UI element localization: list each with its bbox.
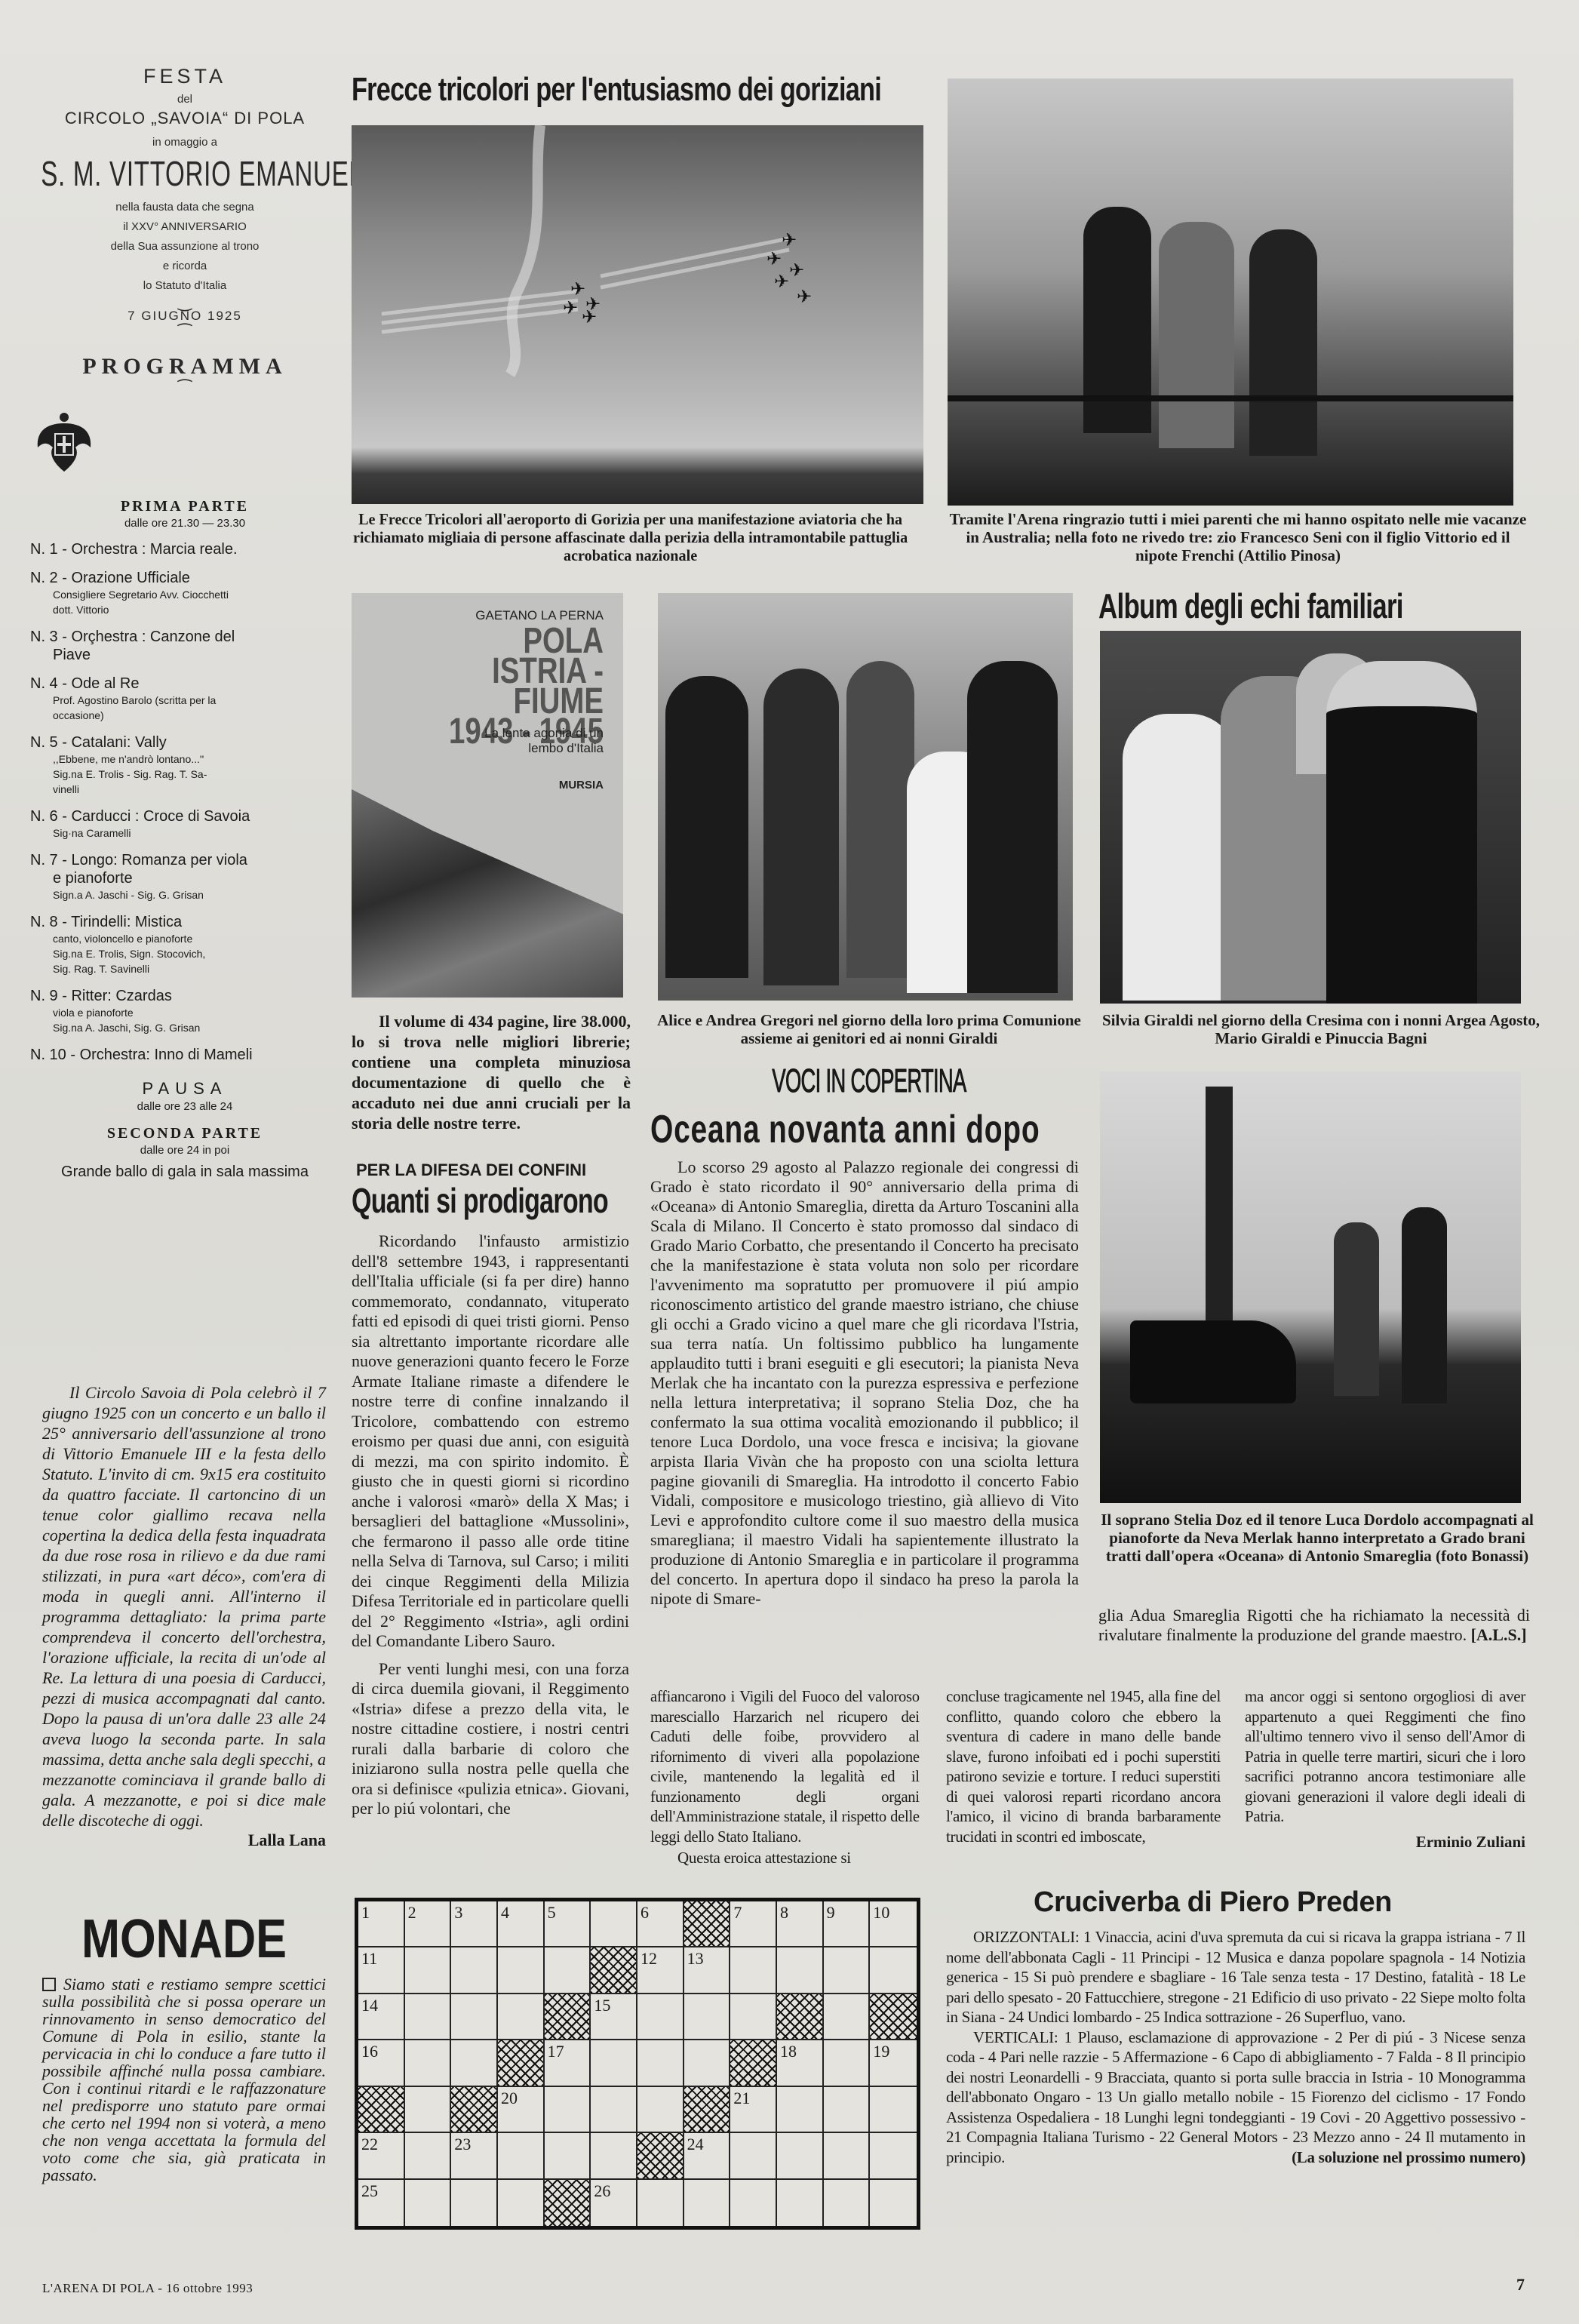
program-item-sub: canto, violoncello e pianoforte [30,931,339,946]
crossword-cell[interactable] [498,1947,545,1994]
crossword-cell[interactable] [730,2133,777,2179]
crossword-cell[interactable] [730,2180,777,2226]
crossword-cell[interactable]: 4 [498,1901,545,1947]
program-item-sub: Consigliere Segretario Avv. Ciocchetti [30,587,339,602]
oceana-headline: Oceana novanta anni dopo [650,1109,990,1150]
person-silhouette [1249,229,1317,456]
crossword-black-cell [358,2087,405,2133]
crossword-cell[interactable] [637,1994,684,2040]
crossword-cell-number: 26 [594,2181,610,2201]
crossword-black-cell [684,1901,731,1947]
crossword-black-cell [684,2087,731,2133]
crossword-cell[interactable] [870,1947,917,1994]
pausa-time: dalle ore 23 alle 24 [30,1100,339,1113]
crossword-cell-number: 23 [454,2135,471,2154]
crossword-cell[interactable] [591,2087,637,2133]
crossword-cell-number: 21 [733,2089,750,2108]
crossword-cell[interactable] [730,1994,777,2040]
program-item-sub: Sig.na A. Jaschi, Sig. G. Grisan [30,1020,339,1035]
crossword-cell-number: 5 [548,1903,556,1923]
crossword-cell[interactable] [637,2087,684,2133]
crossword-cell[interactable] [824,2133,871,2179]
crossword-cell-number: 18 [780,2042,797,2061]
crossword-cell[interactable] [637,2040,684,2086]
soprano-silhouette [1334,1222,1379,1396]
crossword-cell-number: 13 [687,1949,704,1969]
program-item-cont: e pianoforte [30,869,339,887]
program-item: N. 2 - Orazione Ufficiale Consigliere Se… [30,569,339,617]
crossword-cell-number: 17 [548,2042,564,2061]
crossword-cell[interactable]: 3 [451,1901,498,1947]
program-item-sub: dott. Vittorio [30,602,339,617]
crossword-cell[interactable] [451,2040,498,2086]
crossword-cell-number: 16 [361,2042,378,2061]
crossword-cell[interactable] [730,1947,777,1994]
clues-orizzontali-label: ORIZZONTALI: [973,1928,1080,1946]
crossword-cell[interactable] [405,1947,452,1994]
book-publisher: MURSIA [559,779,604,792]
confini-author: Erminio Zuliani [1245,1833,1525,1852]
program-item-sub: vinelli [30,782,339,797]
program-item-head: N. 9 - Ritter: Czardas [30,987,339,1005]
frecce-caption: Le Frecce Tricolori all'aeroporto di Gor… [352,510,909,564]
program-item-head: N. 2 - Orazione Ufficiale [30,569,339,587]
person-silhouette [1159,222,1234,448]
program-item-sub: Sig. Rag. T. Savinelli [30,961,339,976]
crossword-cell[interactable]: 18 [777,2040,824,2086]
crossword-cell[interactable] [870,2133,917,2179]
program-item: N. 9 - Ritter: Czardas viola e pianofort… [30,987,339,1035]
confini-headline: Quanti si prodigarono [352,1182,575,1219]
crossword-cell[interactable] [591,1901,637,1947]
crossword-black-cell [451,2087,498,2133]
swirl-ornament-icon: ⁀ [30,383,339,396]
program-item: N. 10 - Orchestra: Inno di Mameli [30,1046,339,1064]
svg-text:✈: ✈ [789,261,804,281]
invitation-line: della Sua assunzione al trono [30,240,339,253]
crossword-cell[interactable] [684,2180,731,2226]
frecce-headline: Frecce tricolori per l'entusiasmo dei go… [352,72,805,107]
crossword-cell[interactable] [498,2133,545,2179]
crossword-cell[interactable] [777,1947,824,1994]
pausa-title: PAUSA [30,1079,339,1099]
program-item-head: N. 7 - Longo: Romanza per viola [30,851,339,869]
crossword-cell[interactable] [591,2133,637,2179]
svg-text:✈: ✈ [570,280,585,300]
crossword-cell-number: 10 [873,1903,889,1923]
crossword-cell[interactable]: 14 [358,1994,405,2040]
checkbox-square-icon [42,1978,56,1991]
crossword-cell-number: 19 [873,2042,889,2061]
program-item: N. 6 - Carducci : Croce di Savoia Sig·na… [30,807,339,841]
crossword-cell[interactable] [824,1994,871,2040]
confini-cont-col2: concluse tragicamente nel 1945, alla fin… [946,1686,1221,1846]
confini-kicker: PER LA DIFESA DEI CONFINI [356,1160,586,1180]
program-item-cont: Piave [30,646,339,664]
crossword-black-cell [591,1947,637,1994]
tenor-silhouette [1402,1207,1447,1403]
invitation-line: il XXV° ANNIVERSARIO [30,220,339,233]
album-caption: Silvia Giraldi nel giorno della Cresima … [1098,1011,1544,1047]
crossword-cell[interactable] [591,2040,637,2086]
monade-body: Siamo stati e restiamo sempre scettici s… [42,1975,326,2184]
svg-text:✈: ✈ [782,231,797,251]
clues-verticali: VERTICALI: 1 Plauso, esclamazione di app… [946,2027,1525,2168]
crossword-cell[interactable] [545,1947,591,1994]
book-cover: GAETANO LA PERNA POLA ISTRIA - FIUME 194… [352,593,623,998]
svg-text:✈: ✈ [797,287,812,307]
album-headline-wrap: Album degli echi familiari [1098,587,1566,625]
footer-masthead: L'ARENA DI POLA - 16 ottobre 1993 [42,2281,253,2296]
gregori-caption: Alice e Andrea Gregori nel giorno della … [650,1011,1088,1047]
crossword-cell[interactable] [870,2180,917,2226]
invitation-sovereign: S. M. VITTORIO EMANUELE III [41,153,329,194]
program-item-sub: viola e pianoforte [30,1005,339,1020]
invitation-line: lo Statuto d'Italia [30,279,339,292]
invitation-festa: FESTA [30,65,339,88]
oceana-photo-caption: Il soprano Stelia Doz ed il tenore Luca … [1098,1511,1536,1565]
crossword-cell-number: 4 [501,1903,509,1923]
person-silhouette [665,676,748,978]
crossword-cell-number: 3 [454,1903,462,1923]
program-item-head: N. 10 - Orchestra: Inno di Mameli [30,1046,339,1064]
program-item-sub: Sign.a A. Jaschi - Sig. G. Grisan [30,887,339,902]
confini-paragraph: Per venti lunghi mesi, con una forza di … [352,1659,629,1819]
album-headline: Album degli echi familiari [1098,587,1454,625]
program-item: N. 3 - Orçhestra : Canzone del Piave [30,628,339,664]
newspaper-page: FESTA del CIRCOLO „SAVOIA“ DI POLA in om… [0,0,1579,2324]
crossword-cell[interactable]: 24 [684,2133,731,2179]
crossword-cell[interactable] [498,2180,545,2226]
program-item: N. 1 - Orchestra : Marcia reale. [30,540,339,558]
oceana-body: Lo scorso 29 agosto al Palazzo regionale… [650,1157,1079,1609]
monade-box: MONADE Siamo stati e restiamo sempre sce… [42,1909,326,2184]
program-item-sub: Sig.na E. Trolis - Sig. Rag. T. Sa- [30,767,339,782]
confini-cont-text: affiancarono i Vigili del Fuoco del valo… [650,1686,920,1846]
crossword-cell[interactable] [498,1994,545,2040]
confini-cont-text: concluse tragicamente nel 1945, alla fin… [946,1686,1221,1846]
crossword-cell[interactable]: 10 [870,1901,917,1947]
australia-photo [948,78,1513,506]
invitation-article-author: Lalla Lana [42,1831,326,1850]
crossword-cell[interactable] [684,1994,731,2040]
grand-piano-icon [1130,1320,1296,1403]
invitation-article-text: Il Circolo Savoia di Pola celebrò il 7 g… [42,1382,326,1831]
person-silhouette [763,669,839,985]
crossword-cell-number: 25 [361,2181,378,2201]
person-silhouette [846,661,914,978]
clues-verticali-text: 1 Plauso, esclamazione di approvazione -… [946,2028,1525,2166]
crossword-cell[interactable]: 5 [545,1901,591,1947]
program-item-head: N. 6 - Carducci : Croce di Savoia [30,807,339,825]
oceana-continuation-text: glia Adua Smareglia Rigotti che ha richi… [1098,1606,1530,1644]
crossword-cell-number: 12 [641,1949,657,1969]
program-item-sub: ,,Ebbene, me n'andrò lontano...'' [30,752,339,767]
crossword-cell-number: 6 [641,1903,649,1923]
book-subtitle: La lenta agonia di un lembo d'Italia [475,726,604,756]
crossword-cell[interactable]: 17 [545,2040,591,2086]
program-item-head: N. 3 - Orçhestra : Canzone del [30,628,339,646]
program-item-sub: occasione) [30,708,339,723]
crossword-cell[interactable] [405,2133,452,2179]
crossword-cell-number: 2 [408,1903,416,1923]
crossword-cell[interactable]: 8 [777,1901,824,1947]
crossword-cell[interactable]: 23 [451,2133,498,2179]
seconda-parte-desc: Grande ballo di gala in sala massima [60,1161,309,1182]
australia-caption: Tramite l'Arena ringrazio tutti i miei p… [948,510,1528,564]
crossword-cell-number: 15 [594,1996,610,2015]
book-cover-image [352,789,623,998]
crossword-cell[interactable] [637,2180,684,2226]
book-title-line: ISTRIA - FIUME [402,656,604,717]
crossword-cell[interactable]: 12 [637,1947,684,1994]
album-photo [1100,631,1521,1004]
confini-paragraph: Ricordando l'infausto armistizio dell'8 … [352,1231,629,1652]
crossword-cell[interactable] [824,2180,871,2226]
gregori-photo [658,593,1073,1001]
seconda-parte-time: dalle ore 24 in poi [30,1144,339,1157]
program-item-sub: Prof. Agostino Barolo (scritta per la [30,693,339,708]
crossword-cell[interactable] [545,2087,591,2133]
crossword-cell-number: 8 [780,1903,788,1923]
crossword-cell[interactable] [451,2180,498,2226]
crossword-cell[interactable]: 7 [730,1901,777,1947]
crossword-cell[interactable] [545,2133,591,2179]
svg-text:✈: ✈ [563,299,578,318]
svg-text:✈: ✈ [766,250,782,269]
page-number: 7 [1516,2275,1525,2295]
confini-headline-wrap: Quanti si prodigarono [352,1182,653,1219]
program-item: N. 5 - Catalani: Vally ,,Ebbene, me n'an… [30,733,339,797]
invitation-circolo: CIRCOLO „SAVOIA“ DI POLA [30,109,339,128]
invitation-omaggio: in omaggio a [30,136,339,149]
crossword-cell[interactable] [405,2180,452,2226]
invitation-del: del [30,93,339,106]
program-item-head: N. 1 - Orchestra : Marcia reale. [30,540,339,558]
railing [948,395,1513,401]
program-item-sub: Sig·na Caramelli [30,825,339,841]
svg-text:✈: ✈ [582,308,597,327]
crossword-black-cell [870,1994,917,2040]
crossword-cell[interactable] [777,2133,824,2179]
person-silhouette [1123,714,1236,1001]
crossword-cell[interactable]: 26 [591,2180,637,2226]
seconda-parte-title: SECONDA PARTE [30,1125,339,1142]
crossword-black-cell [498,2040,545,2086]
swirl-ornament-icon: ‿ [30,295,339,309]
crossword-cell-number: 24 [687,2135,704,2154]
crossword-black-cell [777,1994,824,2040]
crossword-cell[interactable]: 6 [637,1901,684,1947]
frecce-photo: ✈✈✈✈ ✈✈✈✈✈ [352,125,923,504]
crossword-cell[interactable]: 22 [358,2133,405,2179]
program-item: N. 4 - Ode al Re Prof. Agostino Barolo (… [30,675,339,723]
savoy-eagle-crest-icon [30,410,98,478]
program-item-head: N. 5 - Catalani: Vally [30,733,339,752]
monade-title: MONADE [63,1909,305,1969]
program-item-sub: Sig.na E. Trolis, Sign. Stocovich, [30,946,339,961]
programma-title: PROGRAMMA [30,354,339,380]
invitation-date: 7 GIUGNO 1925 [30,309,339,324]
crossword-cell[interactable] [405,1994,452,2040]
crossword-grid: 1234567891011121314151617181920212223242… [355,1898,920,2230]
crossword-cell[interactable] [451,1994,498,2040]
crossword-cell-number: 14 [361,1996,378,2015]
oceana-signature: [A.L.S.] [1471,1625,1527,1644]
oceana-headline-wrap: Oceana novanta anni dopo [650,1109,1103,1150]
crossword-solution-note: (La soluzione nel prossimo numero) [946,2147,1525,2168]
person-silhouette [967,661,1058,993]
crossword-cell[interactable] [451,1947,498,1994]
oceana-text: Lo scorso 29 agosto al Palazzo regionale… [650,1157,1079,1609]
crossword-cell[interactable]: 16 [358,2040,405,2086]
crossword-cell[interactable]: 2 [405,1901,452,1947]
confini-cont-text: Questa eroica attestazione si [650,1848,925,1868]
svg-text:✈: ✈ [774,272,789,292]
crossword-cell[interactable]: 15 [591,1994,637,2040]
clues-orizzontali: ORIZZONTALI: 1 Vinaccia, acini d'uva spr… [946,1927,1525,2027]
crossword-cell-number: 9 [827,1903,835,1923]
crossword-cell[interactable]: 21 [730,2087,777,2133]
crossword-cell[interactable]: 9 [824,1901,871,1947]
confini-cont-text: ma ancor oggi si sentono orgogliosi di a… [1245,1686,1525,1827]
clues-verticali-label: VERTICALI: [973,2028,1058,2046]
crossword-cell-number: 22 [361,2135,378,2154]
oceana-kicker-wrap: VOCI IN COPERTINA [650,1064,1088,1099]
crossword-cell[interactable] [405,2087,452,2133]
crossword-cell[interactable]: 13 [684,1947,731,1994]
crossword-cell[interactable]: 1 [358,1901,405,1947]
oceana-kicker: VOCI IN COPERTINA [733,1064,1005,1099]
confini-cont-col1: affiancarono i Vigili del Fuoco del valo… [650,1686,925,1868]
program-item-head: N. 4 - Ode al Re [30,675,339,693]
program-item-head: N. 8 - Tirindelli: Mistica [30,913,339,931]
crossword-black-cell [730,2040,777,2086]
crossword-cell[interactable]: 25 [358,2180,405,2226]
program-item: N. 7 - Longo: Romanza per viola e pianof… [30,851,339,902]
crossword-cell[interactable] [824,2087,871,2133]
crossword-cell-number: 1 [361,1903,370,1923]
frecce-headline-wrap: Frecce tricolori per l'entusiasmo dei go… [352,72,932,107]
crossword-cell[interactable] [684,2040,731,2086]
person-silhouette [1326,661,1477,1004]
oceana-concert-photo [1100,1071,1521,1503]
crossword-clues: ORIZZONTALI: 1 Vinaccia, acini d'uva spr… [946,1927,1525,2168]
swirl-ornament-icon: ⁀ [30,327,339,340]
invitation-article: Il Circolo Savoia di Pola celebrò il 7 g… [42,1382,326,1850]
crossword-cell[interactable] [405,2040,452,2086]
crossword-black-cell [545,1994,591,2040]
crossword-cell[interactable]: 11 [358,1947,405,1994]
confini-cont-col3: ma ancor oggi si sentono orgogliosi di a… [1245,1686,1525,1852]
invitation-card: FESTA del CIRCOLO „SAVOIA“ DI POLA in om… [30,60,339,1182]
crossword-cell[interactable] [777,2087,824,2133]
crossword-cell[interactable] [824,2040,871,2086]
crossword-black-cell [545,2180,591,2226]
crossword-cell[interactable] [870,2087,917,2133]
crossword-cell[interactable]: 20 [498,2087,545,2133]
crossword-cell-number: 7 [733,1903,742,1923]
crossword-cell[interactable] [777,2180,824,2226]
prima-parte-title: PRIMA PARTE [30,498,339,515]
book-description: Il volume di 434 pagine, lire 38.000, lo… [352,1011,631,1133]
invitation-line: nella fausta data che segna [30,201,339,214]
program-item: N. 8 - Tirindelli: Mistica canto, violon… [30,913,339,976]
prima-parte-time: dalle ore 21.30 — 23.30 [30,517,339,530]
confini-body: Ricordando l'infausto armistizio dell'8 … [352,1231,629,1819]
crossword-title: Cruciverba di Piero Preden [1034,1886,1392,1919]
crossword-cell[interactable] [824,1947,871,1994]
monade-text: Siamo stati e restiamo sempre scettici s… [42,1975,326,2184]
crossword-cell-number: 11 [361,1949,377,1969]
jets-formation-icon: ✈✈✈✈ ✈✈✈✈✈ [352,125,923,504]
oceana-continuation: glia Adua Smareglia Rigotti che ha richi… [1098,1606,1530,1645]
invitation-line: e ricorda [30,260,339,272]
crossword-cell-number: 20 [501,2089,518,2108]
crossword-cell[interactable]: 19 [870,2040,917,2086]
crossword-black-cell [637,2133,684,2179]
